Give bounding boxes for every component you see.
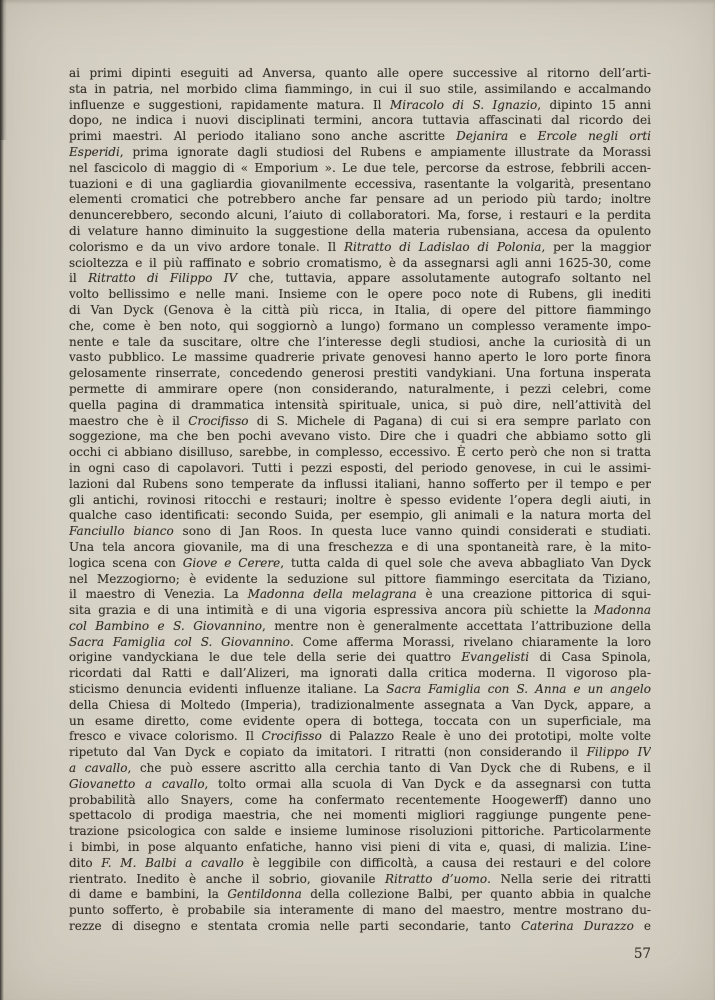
text-segment: gli antichi, rovinosi ritocchi e restaur… (69, 493, 651, 507)
text-line: ripetuto dal Van Dyck e copiato da imita… (69, 745, 651, 761)
artwork-title-italic: a cavallo (69, 761, 128, 775)
text-segment: un esame diretto, come evidente opera di… (69, 714, 651, 728)
artwork-title-italic: F. M. Balbi a cavallo (101, 856, 243, 870)
text-segment: logica scena con (69, 556, 183, 570)
text-segment: gelosamente rinserrate, concedendo gener… (69, 366, 651, 380)
text-line: rientrato. Inedito è anche il sobrio, gi… (69, 872, 651, 888)
text-line: della Chiesa di Moltedo (Imperia), tradi… (69, 698, 651, 714)
text-line: nel fascicolo di maggio di « Emporium ».… (69, 161, 651, 177)
artwork-title-italic: Evangelisti (461, 650, 529, 664)
artwork-title-italic: Crocifisso (188, 414, 248, 428)
text-segment: della Chiesa di Moltedo (Imperia), tradi… (69, 698, 651, 712)
text-segment: fresco e vivace colorismo. Il (69, 729, 262, 743)
text-line: origine vandyckiana le due tele della se… (69, 650, 651, 666)
scan-edge-shadow (0, 0, 4, 1000)
text-line: punto sofferto, è probabile sia interame… (69, 903, 651, 919)
artwork-title-italic: Miracolo di S. Ignazio (390, 98, 537, 112)
artwork-title-italic: Ercole negli orti (538, 129, 651, 143)
text-line: maestro che è il Crocifisso di S. Michel… (69, 414, 651, 430)
text-segment: ricordati dal Ratti e dall’Alizeri, ma i… (69, 666, 651, 680)
text-segment: elementi cromatici che potrebbero anche … (69, 192, 651, 206)
text-line: Giovanetto a cavallo, tolto ormai alla s… (69, 777, 651, 793)
text-segment: . Nella serie dei ritratti (487, 872, 651, 886)
text-segment: spettacolo di prodiga maestria, che nei … (69, 808, 651, 822)
text-segment: e (508, 129, 537, 143)
text-segment: probabilità allo Snayers, come ha confer… (69, 793, 651, 807)
text-segment: di velature hanno diminuito la suggestio… (69, 224, 651, 238)
text-line: sita grazia e di una intimità e di una v… (69, 603, 651, 619)
text-segment: quella pagina di drammatica intensità sp… (69, 398, 651, 412)
text-line: tuazioni e di una gagliardia giovanilmen… (69, 177, 651, 193)
artwork-title-italic: Ritratto d’uomo (385, 872, 487, 886)
text-line: di dame e bambini, la Gentildonna della … (69, 887, 651, 903)
text-segment: sta in patria, nel morbido clima fiammin… (69, 82, 651, 96)
text-segment: è leggibile con difficoltà, a causa dei … (244, 856, 651, 870)
text-segment: il (69, 271, 88, 285)
text-segment: i bimbi, in pose alquanto enfatiche, han… (69, 840, 651, 854)
text-segment: sita grazia e di una intimità e di una v… (69, 603, 594, 617)
text-line: influenze e suggestioni, rapidamente mat… (69, 98, 651, 114)
text-line: di velature hanno diminuito la suggestio… (69, 224, 651, 240)
text-segment: nente e tale da suscitare, oltre che l’i… (69, 335, 651, 349)
text-line: a cavallo, che può essere ascritto alla … (69, 761, 651, 777)
text-line: Esperidi, prima ignorate dagli studiosi … (69, 145, 651, 161)
artwork-title-italic: Gentildonna (227, 887, 301, 901)
text-segment: ripetuto dal Van Dyck e copiato da imita… (69, 745, 587, 759)
text-line: un esame diretto, come evidente opera di… (69, 714, 651, 730)
text-line: probabilità allo Snayers, come ha confer… (69, 793, 651, 809)
text-line: il Ritratto di Filippo IV che, tuttavia,… (69, 271, 651, 287)
text-segment: dopo, ne indica i nuovi disciplinati ter… (69, 113, 651, 127)
text-segment: Una tela ancora giovanile, ma di una fre… (69, 540, 651, 554)
text-line: nel Mezzogiorno; è evidente la seduzione… (69, 572, 651, 588)
body-text: ai primi dipinti eseguiti ad Anversa, qu… (69, 66, 651, 935)
text-line: fresco e vivace colorismo. Il Crocifisso… (69, 729, 651, 745)
text-line: in ogni caso di capolavori. Tutti i pezz… (69, 461, 651, 477)
artwork-title-italic: Giove e Cerere (183, 556, 280, 570)
text-segment: , dipinto 15 anni (537, 98, 651, 112)
text-segment: influenze e suggestioni, rapidamente mat… (69, 98, 390, 112)
text-line: qualche caso identificati: secondo Suida… (69, 508, 651, 524)
text-segment: ai primi dipinti eseguiti ad Anversa, qu… (69, 66, 651, 80)
text-segment: volto bellissimo e nelle mani. Insieme c… (69, 287, 651, 301)
artwork-title-italic: col Bambino e S. Giovannino (69, 619, 262, 633)
text-line: ai primi dipinti eseguiti ad Anversa, qu… (69, 66, 651, 82)
artwork-title-italic: Fanciullo bianco (69, 524, 174, 538)
text-line: colorismo e da un vivo ardore tonale. Il… (69, 240, 651, 256)
text-line: dito F. M. Balbi a cavallo è leggibile c… (69, 856, 651, 872)
text-line: col Bambino e S. Giovannino, mentre non … (69, 619, 651, 635)
text-line: Una tela ancora giovanile, ma di una fre… (69, 540, 651, 556)
text-line: che, come è ben noto, qui soggiornò a lu… (69, 319, 651, 335)
text-segment: , che può essere ascritto alla cerchia t… (128, 761, 652, 775)
text-line: elementi cromatici che potrebbero anche … (69, 192, 651, 208)
text-segment: è una creazione pittorica di squi- (417, 587, 651, 601)
text-segment: di Palazzo Reale è uno dei prototipi, mo… (322, 729, 651, 743)
text-segment: colorismo e da un vivo ardore tonale. Il (69, 240, 344, 254)
text-segment: di Van Dyck (Genova è la città più ricca… (69, 303, 651, 317)
artwork-title-italic: Sacra Famiglia col S. Giovannino (69, 635, 290, 649)
text-line: soggezione, ma che ben pochi avevano vis… (69, 429, 651, 445)
text-segment: nel Mezzogiorno; è evidente la seduzione… (69, 572, 651, 586)
text-segment: della collezione Balbi, per quanto abbia… (302, 887, 651, 901)
text-segment: in ogni caso di capolavori. Tutti i pezz… (69, 461, 651, 475)
text-line: denuncerebbero, secondo alcuni, l’aiuto … (69, 208, 651, 224)
text-segment: qualche caso identificati: secondo Suida… (69, 508, 651, 522)
scan-corner-shadow (0, 0, 7, 140)
text-segment: , tutta calda di quel sole che aveva abb… (280, 556, 651, 570)
artwork-title-italic: Crocifisso (262, 729, 322, 743)
artwork-title-italic: Caterina Durazzo (521, 919, 634, 933)
text-line: Sacra Famiglia col S. Giovannino. Come a… (69, 635, 651, 651)
text-segment: punto sofferto, è probabile sia interame… (69, 903, 651, 917)
artwork-title-italic: Esperidi (69, 145, 120, 159)
text-segment: di Casa Spinola, (529, 650, 651, 664)
text-line: di Van Dyck (Genova è la città più ricca… (69, 303, 651, 319)
text-line: occhi ci abbiano disilluso, sarebbe, in … (69, 445, 651, 461)
text-segment: dito (69, 856, 101, 870)
text-line: volto bellissimo e nelle mani. Insieme c… (69, 287, 651, 303)
artwork-title-italic: Giovanetto a cavallo (69, 777, 205, 791)
text-line: vasto pubblico. Le massime quadrerie pri… (69, 350, 651, 366)
text-segment: origine vandyckiana le due tele della se… (69, 650, 461, 664)
text-line: ricordati dal Ratti e dall’Alizeri, ma i… (69, 666, 651, 682)
text-segment: maestro che è il (69, 414, 188, 428)
text-line: Fanciullo bianco sono di Jan Roos. In qu… (69, 524, 651, 540)
text-segment: sono di Jan Roos. In questa luce vanno q… (174, 524, 651, 538)
text-line: logica scena con Giove e Cerere, tutta c… (69, 556, 651, 572)
text-line: primi maestri. Al periodo italiano sono … (69, 129, 651, 145)
text-line: gelosamente rinserrate, concedendo gener… (69, 366, 651, 382)
text-segment: di S. Michele di Pagana) di cui si era s… (248, 414, 651, 428)
text-line: sticismo denuncia evidenti influenze ita… (69, 682, 651, 698)
text-segment: , mentre non è generalmente accettata l’… (262, 619, 651, 633)
text-segment: occhi ci abbiano disilluso, sarebbe, in … (69, 445, 651, 459)
text-line: il maestro di Venezia. La Madonna della … (69, 587, 651, 603)
text-segment: , prima ignorate dagli studiosi del Rube… (120, 145, 651, 159)
text-segment: lazioni dal Rubens sono temperate da inf… (69, 477, 651, 491)
text-line: rezze di disegno e stentata cromia nelle… (69, 919, 651, 935)
text-segment: rezze di disegno e stentata cromia nelle… (69, 919, 521, 933)
artwork-title-italic: Ritratto di Ladislao di Polonia (344, 240, 541, 254)
text-line: trazione psicologica con salde e insieme… (69, 824, 651, 840)
text-segment: , tolto ormai alla scuola di Van Dyck e … (205, 777, 651, 791)
text-segment: che, tuttavia, appare assolutamente auto… (237, 271, 651, 285)
text-line: permette di ammirare opere (non consider… (69, 382, 651, 398)
text-segment: denuncerebbero, secondo alcuni, l’aiuto … (69, 208, 651, 222)
text-segment: tuazioni e di una gagliardia giovanilmen… (69, 177, 651, 191)
text-line: gli antichi, rovinosi ritocchi e restaur… (69, 493, 651, 509)
text-line: sta in patria, nel morbido clima fiammin… (69, 82, 651, 98)
scanned-book-page: ai primi dipinti eseguiti ad Anversa, qu… (0, 0, 715, 1000)
text-segment: scioltezza e il più raffinato e sobrio c… (69, 256, 651, 270)
artwork-title-italic: Madonna della melagrana (248, 587, 417, 601)
artwork-title-italic: Madonna (594, 603, 651, 617)
text-line: spettacolo di prodiga maestria, che nei … (69, 808, 651, 824)
text-segment: il maestro di Venezia. La (69, 587, 248, 601)
text-segment: permette di ammirare opere (non consider… (69, 382, 651, 396)
text-line: i bimbi, in pose alquanto enfatiche, han… (69, 840, 651, 856)
page-number: 57 (634, 946, 651, 962)
text-segment: nel fascicolo di maggio di « Emporium ».… (69, 161, 651, 175)
text-line: quella pagina di drammatica intensità sp… (69, 398, 651, 414)
text-segment: vasto pubblico. Le massime quadrerie pri… (69, 350, 651, 364)
artwork-title-italic: Ritratto di Filippo IV (88, 271, 237, 285)
text-segment: trazione psicologica con salde e insieme… (69, 824, 651, 838)
text-segment: e (634, 919, 651, 933)
artwork-title-italic: Dejanira (456, 129, 508, 143)
text-line: lazioni dal Rubens sono temperate da inf… (69, 477, 651, 493)
text-segment: sticismo denuncia evidenti influenze ita… (69, 682, 386, 696)
text-segment: di dame e bambini, la (69, 887, 227, 901)
text-line: scioltezza e il più raffinato e sobrio c… (69, 256, 651, 272)
artwork-title-italic: Sacra Famiglia con S. Anna e un angelo (386, 682, 651, 696)
text-segment: primi maestri. Al periodo italiano sono … (69, 129, 456, 143)
text-segment: , per la maggior (541, 240, 651, 254)
text-line: dopo, ne indica i nuovi disciplinati ter… (69, 113, 651, 129)
text-segment: che, come è ben noto, qui soggiornò a lu… (69, 319, 651, 333)
text-segment: rientrato. Inedito è anche il sobrio, gi… (69, 872, 385, 886)
artwork-title-italic: Filippo IV (587, 745, 651, 759)
text-segment: . Come afferma Morassi, rivelano chiaram… (290, 635, 651, 649)
text-line: nente e tale da suscitare, oltre che l’i… (69, 335, 651, 351)
text-segment: soggezione, ma che ben pochi avevano vis… (69, 429, 651, 443)
